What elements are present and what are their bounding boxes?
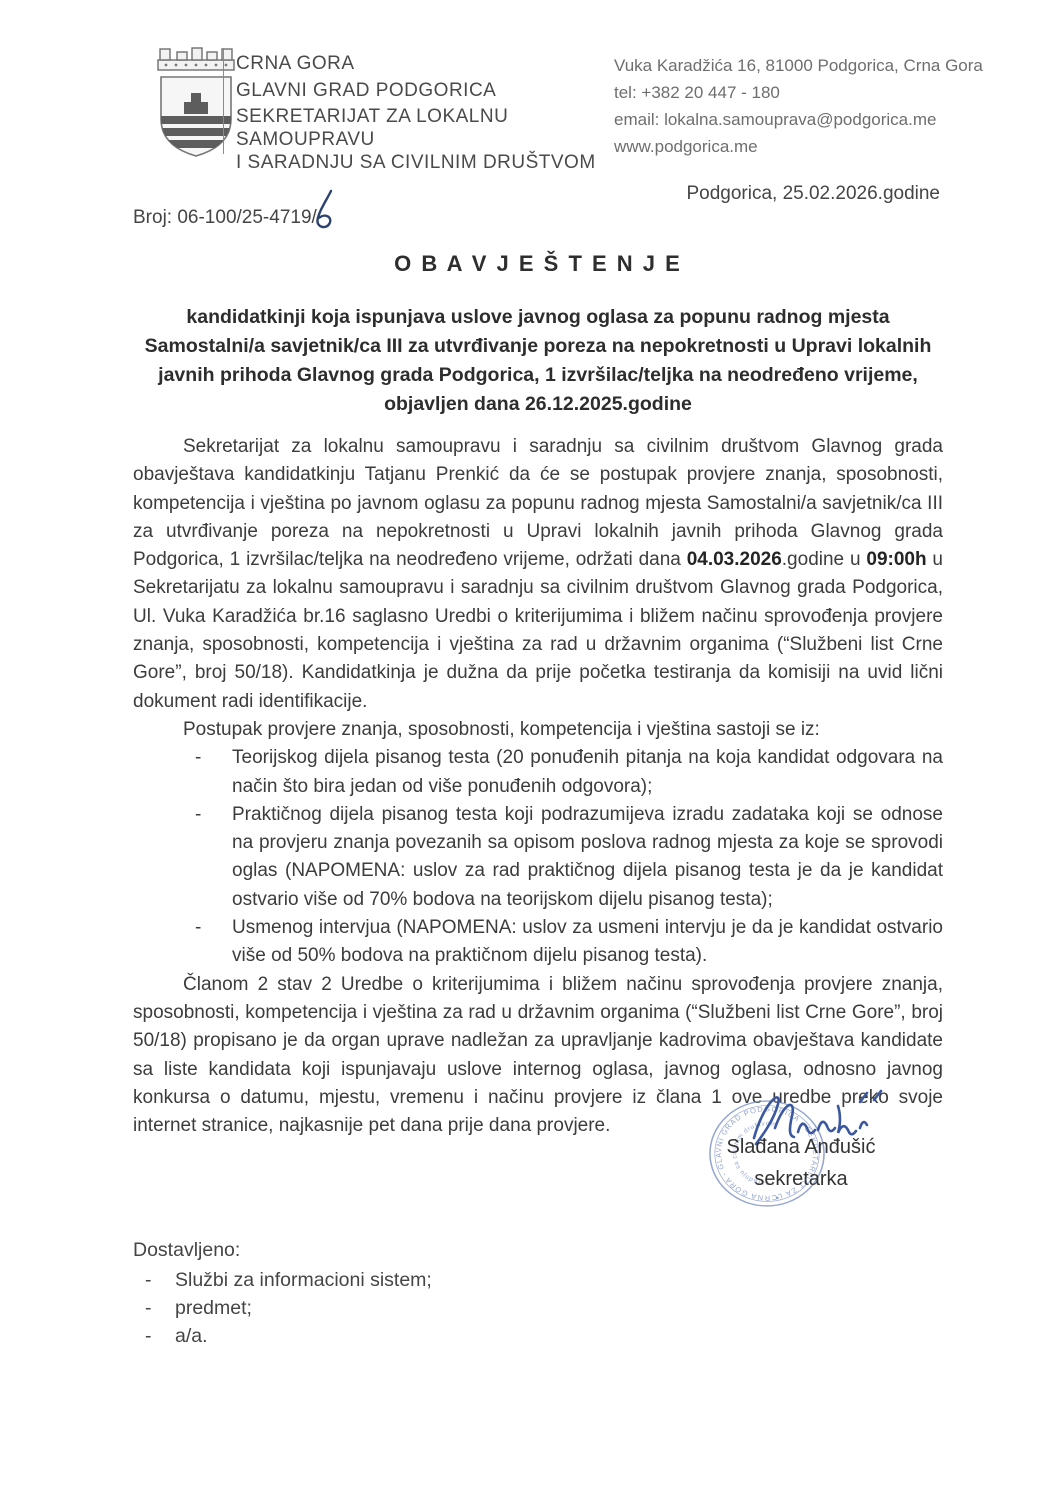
intro-line: objavljen dana 26.12.2025.godine <box>123 390 953 419</box>
intro-line: Samostalni/a savjetnik/ca III za utvrđiv… <box>123 332 953 361</box>
intro-line: kandidatkinji koja ispunjava uslove javn… <box>123 303 953 332</box>
delivery-list: Dostavljeno: - Službi za informacioni si… <box>133 1236 633 1350</box>
contact-phone: tel: +382 20 447 - 180 <box>614 79 1014 106</box>
coat-of-arms-icon <box>148 44 244 166</box>
procedure-lead: Postupak provjere znanja, sposobnosti, k… <box>133 716 943 744</box>
delivery-item-text: predmet; <box>175 1294 252 1322</box>
intro-paragraph: kandidatkinji koja ispunjava uslove javn… <box>123 303 953 419</box>
document-title: O B A V J E Š T E N J E <box>133 251 943 277</box>
list-item-text: Praktičnog dijela pisanog testa koji pod… <box>232 801 943 914</box>
place-and-date: Podgorica, 25.02.2026.godine <box>686 183 940 205</box>
intro-line: javnih prihoda Glavnog grada Podgorica, … <box>123 361 953 390</box>
list-item-interview: - Usmenog intervjua (NAPOMENA: uslov za … <box>133 914 943 971</box>
test-time: 09:00h <box>866 549 926 570</box>
reference-number-printed: Broj: 06-100/25-4719/ <box>133 207 317 228</box>
contact-email: email: lokalna.samouprava@podgorica.me <box>614 106 1014 133</box>
org-secretariat-2: I SARADNJU SA CIVILNIM DRUŠTVOM <box>236 151 636 174</box>
letterhead-divider <box>223 48 224 154</box>
letterhead-contact-block: Vuka Karadžića 16, 81000 Podgorica, Crna… <box>614 52 1014 160</box>
dash-marker: - <box>195 801 232 914</box>
contact-address: Vuka Karadžića 16, 81000 Podgorica, Crna… <box>614 52 1014 79</box>
list-item-practical-test: - Praktičnog dijela pisanog testa koji p… <box>133 801 943 914</box>
delivery-item-text: Službi za informacioni sistem; <box>175 1266 432 1294</box>
paragraph-main-text: .godine u <box>782 549 867 570</box>
list-item-text: Teorijskog dijela pisanog testa (20 ponu… <box>232 744 943 801</box>
document-body: Sekretarijat za lokalnu samoupravu i sar… <box>133 433 943 1140</box>
delivery-label: Dostavljeno: <box>133 1236 633 1264</box>
delivery-item: - predmet; <box>133 1294 633 1322</box>
test-date: 04.03.2026 <box>687 549 782 570</box>
dash-marker: - <box>145 1266 175 1294</box>
reference-number: Broj: 06-100/25-4719/ <box>133 181 336 229</box>
signatory-name: Slađana Anđušić <box>690 1136 912 1159</box>
scanned-document-page: CRNA GORA GLAVNI GRAD PODGORICA SEKRETAR… <box>0 0 1058 1497</box>
contact-website: www.podgorica.me <box>614 133 1014 160</box>
org-secretariat: SEKRETARIJAT ZA LOKALNU SAMOUPRAVU <box>236 105 636 151</box>
delivery-item: - Službi za informacioni sistem; <box>133 1266 633 1294</box>
dash-marker: - <box>195 914 232 971</box>
paragraph-main-text: u Sekretarijatu za lokalnu samoupravu i … <box>133 549 943 711</box>
delivery-item: - a/a. <box>133 1322 633 1350</box>
list-item-text: Usmenog intervjua (NAPOMENA: uslov za us… <box>232 914 943 971</box>
dash-marker: - <box>195 744 232 801</box>
org-country: CRNA GORA <box>236 50 636 77</box>
paragraph-main: Sekretarijat za lokalnu samoupravu i sar… <box>133 433 943 716</box>
signatory-role: sekretarka <box>690 1168 912 1191</box>
dash-marker: - <box>145 1294 175 1322</box>
delivery-item-text: a/a. <box>175 1322 208 1350</box>
dash-marker: - <box>145 1322 175 1350</box>
list-item-theory-test: - Teorijskog dijela pisanog testa (20 po… <box>133 744 943 801</box>
org-city: GLAVNI GRAD PODGORICA <box>236 77 636 104</box>
letterhead-org-block: CRNA GORA GLAVNI GRAD PODGORICA SEKRETAR… <box>236 50 636 174</box>
handwritten-number-icon <box>312 189 336 231</box>
